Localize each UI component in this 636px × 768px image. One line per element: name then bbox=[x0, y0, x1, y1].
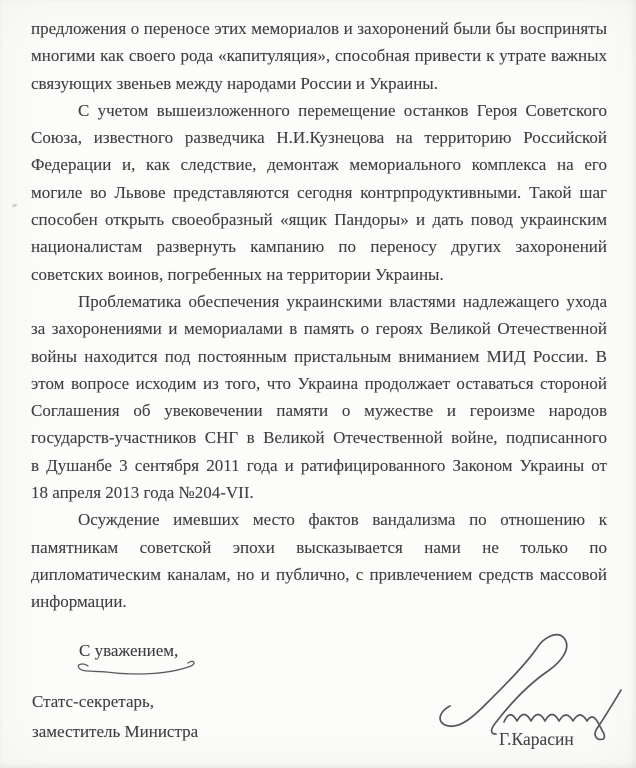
text-line: многими как своего рода «капитуляция», с… bbox=[31, 42, 607, 69]
signer-title-line2: заместитель Министра bbox=[32, 722, 198, 742]
text-line: информации. bbox=[31, 588, 607, 615]
flourish-path bbox=[78, 661, 194, 674]
text-line: способен открыть своеобразный «ящик Панд… bbox=[31, 206, 607, 233]
text-line: Проблематика обеспечения украинскими вла… bbox=[31, 288, 607, 315]
text-line: советских воинов, погребенных на террито… bbox=[31, 261, 607, 288]
text-line: памятникам советской эпохи высказывается… bbox=[31, 534, 607, 561]
text-line: связующих звеньев между народами России … bbox=[31, 70, 607, 97]
text-line: государств-участников СНГ в Великой Отеч… bbox=[31, 424, 607, 451]
text-line: войны находится под постоянным пристальн… bbox=[31, 343, 607, 370]
text-line: С учетом вышеизложенного перемещение ост… bbox=[31, 97, 607, 124]
paragraph: предложения о переносе этих мемориалов и… bbox=[31, 15, 607, 97]
text-line: за захоронениями и мемориалами в память … bbox=[31, 315, 607, 342]
scan-speck bbox=[12, 203, 18, 208]
paragraph: С учетом вышеизложенного перемещение ост… bbox=[31, 97, 607, 288]
text-line: этом вопросе исходим из того, что Украин… bbox=[31, 370, 607, 397]
text-line: Федерации и, как следствие, демонтаж мем… bbox=[31, 151, 607, 178]
paragraph: Осуждение имевших место фактов вандализм… bbox=[31, 506, 607, 615]
text-line: Союза, известного разведчика Н.И.Кузнецо… bbox=[31, 124, 607, 151]
text-line: дипломатическим каналам, но и публично, … bbox=[31, 561, 607, 588]
paragraph: Проблематика обеспечения украинскими вла… bbox=[31, 288, 607, 506]
signature-swash-stroke bbox=[440, 635, 567, 734]
text-line: предложения о переносе этих мемориалов и… bbox=[31, 15, 607, 42]
scanned-letter-page: предложения о переносе этих мемориалов и… bbox=[0, 0, 636, 768]
signer-title-line1: Статс-секретарь, bbox=[32, 692, 154, 712]
letter-body: предложения о переносе этих мемориалов и… bbox=[31, 15, 607, 616]
closing-flourish-stroke bbox=[72, 657, 204, 679]
text-line: могиле во Львове представляются сегодня … bbox=[31, 179, 607, 206]
text-line: в Душанбе 3 сентября 2011 года и ратифиц… bbox=[31, 452, 607, 479]
text-line: 18 апреля 2013 года №204-VII. bbox=[31, 479, 607, 506]
signature-printed-name: Г.Карасин bbox=[499, 729, 574, 750]
text-line: Осуждение имевших место фактов вандализм… bbox=[31, 506, 607, 533]
text-line: националистам развернуть кампанию по пер… bbox=[31, 233, 607, 260]
text-line: Соглашения об увековечении памяти о муже… bbox=[31, 397, 607, 424]
